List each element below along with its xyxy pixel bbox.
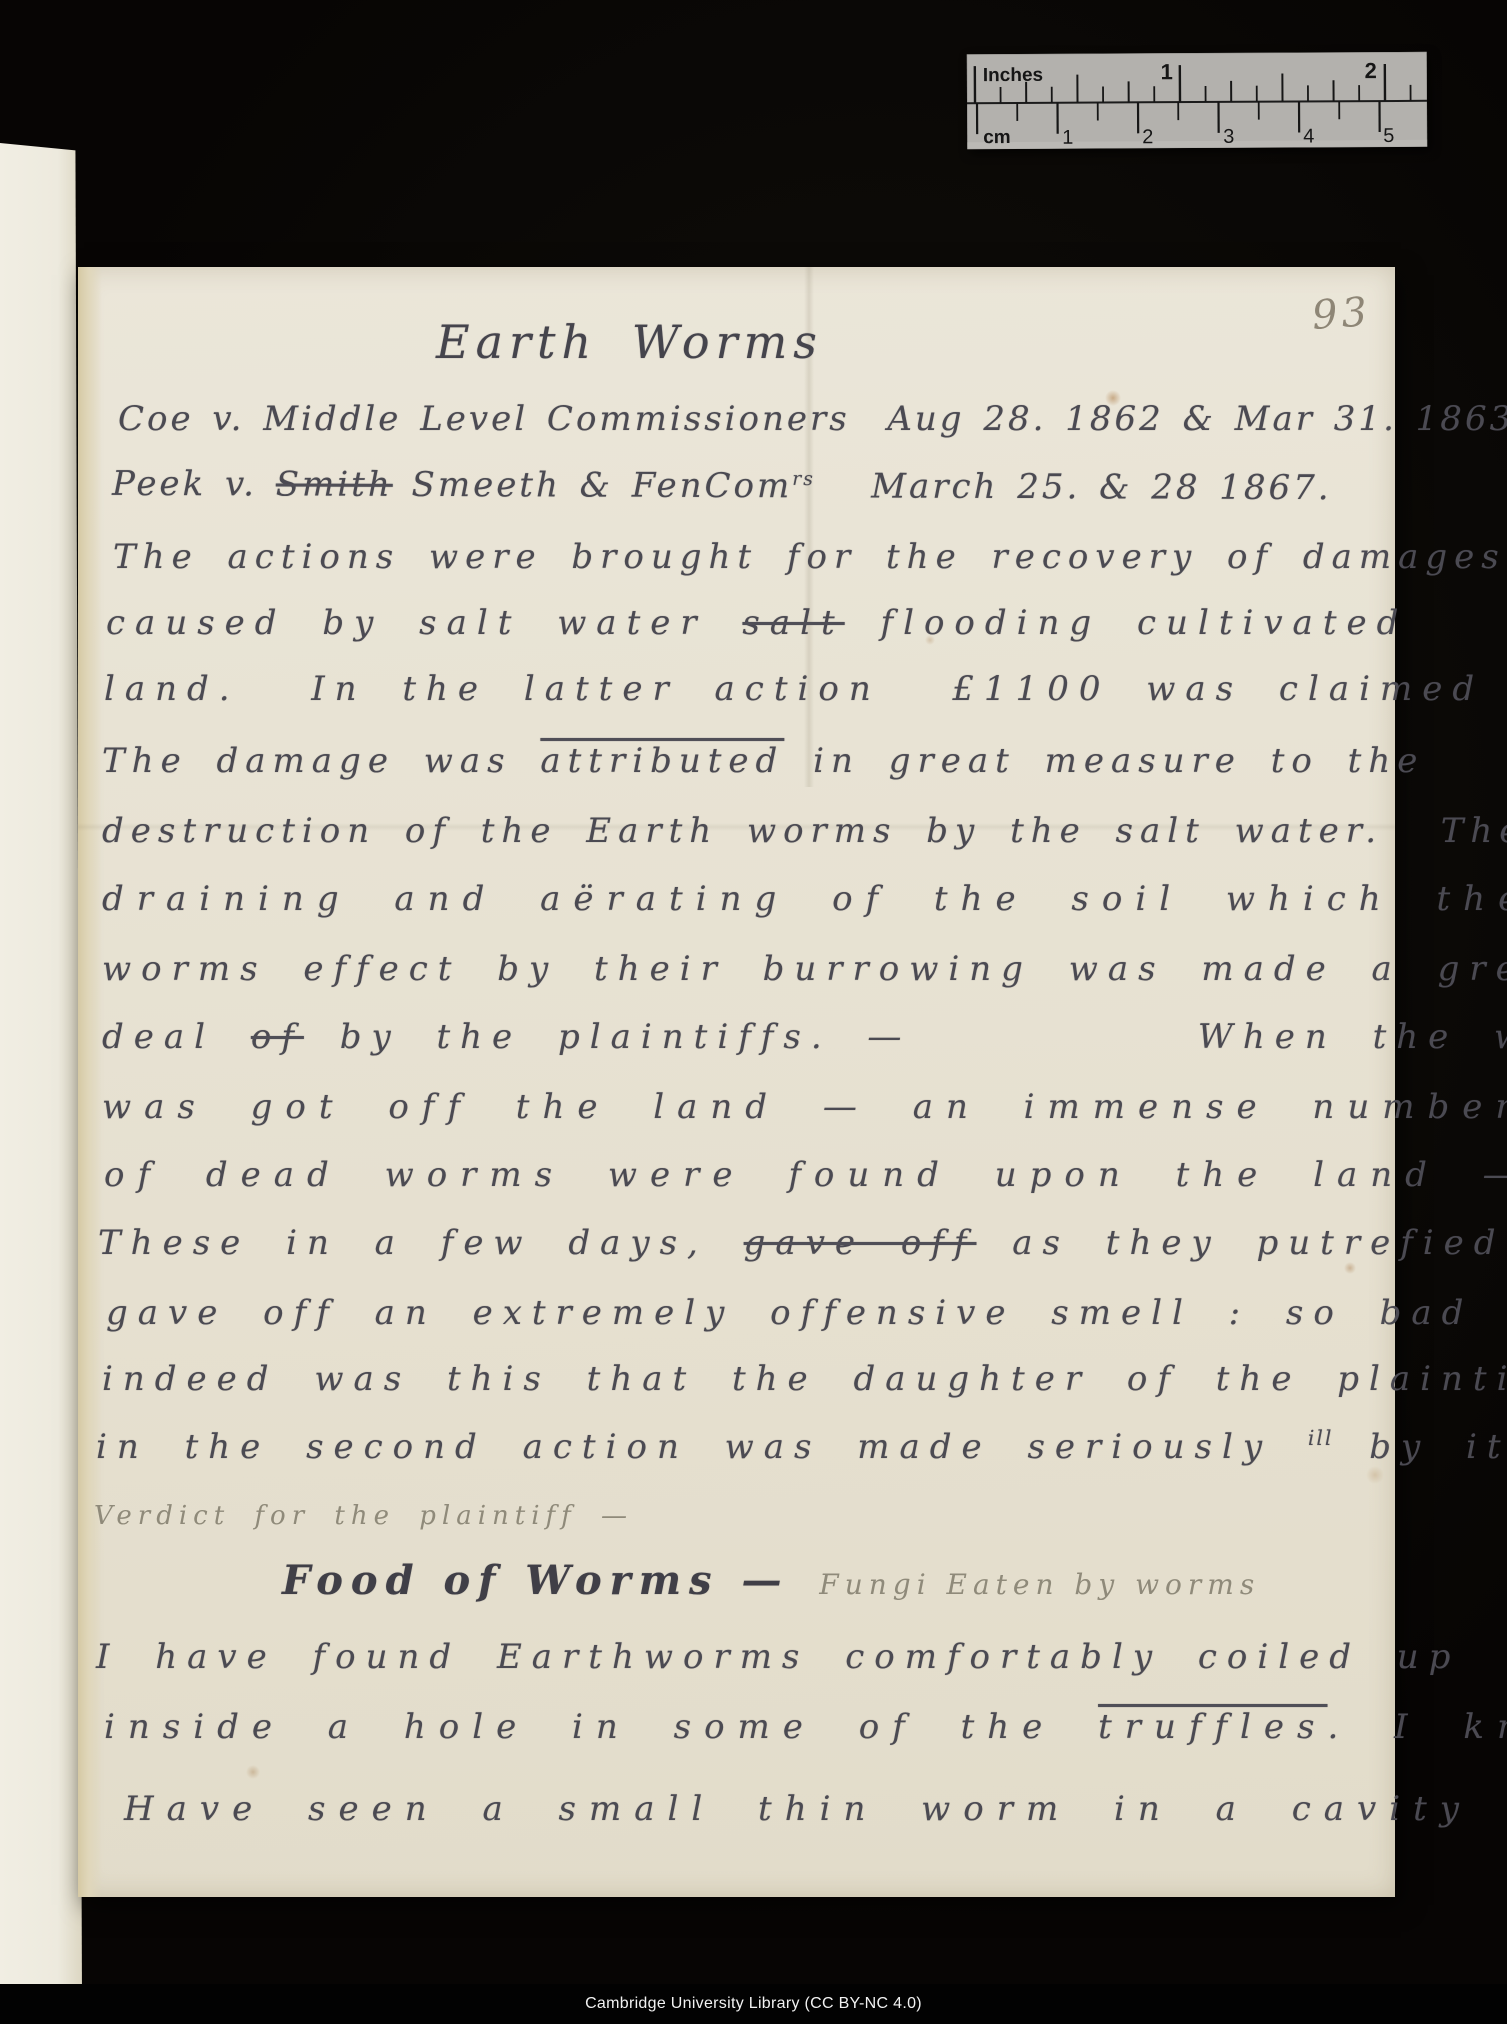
ruler-cm-1: 1 — [1062, 127, 1073, 149]
facing-page-edge — [0, 143, 82, 2001]
text-segment: caused by salt water — [106, 603, 742, 643]
struck-text: gave off — [744, 1223, 977, 1263]
text-segment: Verdict for the plaintiff — — [94, 1501, 633, 1531]
manuscript-line: gave off an extremely offensive smell : … — [106, 1292, 1473, 1335]
text-segment: March 25. & 28 1867. — [815, 466, 1332, 508]
text-segment: The actions were brought for the recover… — [113, 537, 1506, 577]
ruler-cm-3: 3 — [1223, 126, 1234, 148]
section-heading: Food of Worms — — [282, 1557, 789, 1604]
credit-bar: Cambridge University Library (CC BY-NC 4… — [0, 1984, 1507, 2024]
manuscript-line: Peek v. Smith Smeeth & FenComrs March 25… — [112, 463, 1332, 510]
manuscript-line: caused by salt water salt flooding culti… — [106, 602, 1408, 645]
manuscript-line: Coe v. Middle Level Commissioners Aug 28… — [118, 398, 1507, 441]
page-number: 93 — [1310, 289, 1372, 339]
ruler-graphic: Inches 1 2 cm 1 2 3 4 5 — [967, 52, 1427, 149]
text-segment: land. In the latter action £1100 was cla… — [104, 669, 1484, 709]
manuscript-title: Earth Worms — [436, 315, 823, 369]
struck-text: salt — [742, 603, 844, 643]
text-segment: Peek v. — [112, 464, 276, 505]
ruler-inch-2: 2 — [1365, 58, 1377, 83]
manuscript-page: 93 Earth Worms Coe v. Middle Level Commi… — [78, 267, 1395, 1897]
text-segment: gave off an extremely offensive smell : … — [106, 1293, 1473, 1333]
manuscript-line: indeed was this that the daughter of the… — [102, 1358, 1507, 1401]
manuscript-line: deal of by the plaintiffs. — When the wa… — [102, 1016, 1507, 1059]
text-segment: deal — [102, 1017, 251, 1057]
text-segment: in the second action was made seriously — [96, 1427, 1308, 1467]
text-segment: Coe v. Middle Level Commissioners Aug 28… — [118, 399, 1507, 439]
manuscript-line-pencil: Verdict for the plaintiff — — [94, 1500, 633, 1533]
text-segment: I have found Earthworms comfortably coil… — [96, 1637, 1460, 1677]
ruler-cm-2: 2 — [1142, 126, 1153, 148]
ruler-inches-label: Inches — [983, 65, 1043, 86]
inserted-text: ill — [1308, 1426, 1334, 1450]
manuscript-line: in the second action was made seriously … — [96, 1426, 1507, 1469]
text-segment: Smeeth & FenCom — [393, 465, 793, 506]
manuscript-line: inside a hole in some of the truffles. I… — [104, 1706, 1507, 1749]
text-segment: inside a hole in some of the — [104, 1707, 1098, 1747]
text-segment: in great measure to the — [784, 741, 1424, 781]
text-segment: The damage was — [102, 741, 540, 781]
ruler-cm-label: cm — [983, 127, 1011, 148]
text-segment: flooding cultivated — [845, 603, 1409, 643]
struck-text: Smith — [276, 464, 393, 504]
manuscript-line: of dead worms were found upon the land — — [104, 1154, 1507, 1197]
text-segment: of dead worms were found upon the land — — [104, 1155, 1507, 1195]
struck-text: of — [251, 1017, 304, 1057]
credit-text: Cambridge University Library (CC BY-NC 4… — [585, 1995, 922, 2013]
measurement-ruler: Inches 1 2 cm 1 2 3 4 5 — [967, 52, 1427, 149]
ruler-cm-4: 4 — [1303, 125, 1314, 147]
manuscript-line: destruction of the Earth worms by the sa… — [102, 810, 1507, 853]
ruler-cm-5: 5 — [1383, 125, 1394, 147]
manuscript-line: These in a few days, gave off as they pu… — [98, 1222, 1506, 1265]
text-segment: by the plaintiffs. — When the water — [304, 1017, 1507, 1057]
photo-backdrop: Inches 1 2 cm 1 2 3 4 5 93 Earth Worms C… — [0, 0, 1507, 2024]
manuscript-line: was got off the land — an immense number — [102, 1086, 1507, 1129]
text-segment: draining and aërating of the soil which … — [102, 879, 1507, 919]
text-segment: destruction of the Earth worms by the sa… — [102, 811, 1507, 851]
text-segment: was got off the land — an immense number — [102, 1087, 1507, 1127]
manuscript-line: The damage was attributed in great measu… — [102, 740, 1424, 783]
manuscript-line: draining and aërating of the soil which … — [102, 878, 1507, 921]
manuscript-line: land. In the latter action £1100 was cla… — [104, 668, 1484, 711]
text-segment: by it. — [1333, 1427, 1507, 1467]
text-segment: as they putrefied — [976, 1223, 1505, 1263]
manuscript-line: Have seen a small thin worm in a cavity — [124, 1788, 1472, 1831]
superscript-text: rs — [792, 469, 815, 490]
manuscript-line: I have found Earthworms comfortably coil… — [96, 1636, 1460, 1679]
overlined-text: truffles — [1098, 1707, 1327, 1747]
manuscript-line: The actions were brought for the recover… — [113, 536, 1506, 579]
ruler-inch-1: 1 — [1161, 59, 1173, 84]
manuscript-line: Food of Worms — Fungi Eaten by worms — [282, 1556, 1260, 1606]
text-segment: indeed was this that the daughter of the… — [102, 1359, 1507, 1399]
text-segment: worms effect by their burrowing was made… — [102, 949, 1507, 989]
text-segment: . I know — [1328, 1707, 1507, 1747]
text-segment: These in a few days, — [98, 1223, 744, 1263]
pencil-annotation: Fungi Eaten by worms — [789, 1568, 1260, 1601]
manuscript-line: worms effect by their burrowing was made… — [102, 948, 1507, 991]
overlined-text: attributed — [540, 741, 784, 781]
text-segment: Have seen a small thin worm in a cavity — [124, 1789, 1472, 1829]
